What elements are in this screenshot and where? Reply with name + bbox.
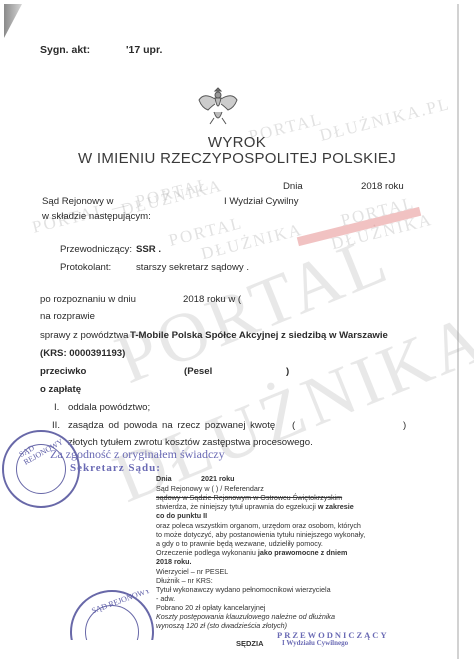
against-label: przeciwko: [40, 366, 86, 377]
clause-line: oraz poleca wszystkim organom, urzędom o…: [156, 521, 361, 530]
court-seal-top: SĄD REJONOWY: [2, 430, 80, 508]
polish-eagle-emblem-icon: [196, 84, 240, 128]
clause-date-label: Dnia: [156, 474, 172, 483]
case-signature: Sygn. akt: '17 upr.: [40, 44, 162, 56]
pesel-label: (Pesel: [184, 366, 212, 377]
recorder-label: Protokolant:: [60, 262, 111, 273]
hearing-year: 2018 roku w (: [183, 294, 241, 305]
composition-label: w składzie następującym:: [42, 211, 151, 222]
recorder-value: starszy sekretarz sądowy .: [136, 262, 249, 273]
pesel-close: ): [286, 366, 289, 377]
court-division: I Wydział Cywilny: [224, 196, 299, 207]
watermark-small: PORTAL: [167, 213, 245, 251]
clause-line: wynoszą 120 zł (sto dwadzieścia złotych): [156, 621, 287, 630]
plaintiff-krs: (KRS: 0000391193): [40, 348, 125, 359]
certification-line: Za zgodność z oryginałem świadczy: [50, 447, 225, 462]
ruling-2-paren-close: ): [403, 420, 406, 431]
clause-line: Orzeczenie podlega wykonaniu jako prawom…: [156, 548, 347, 557]
clause-line: Dłużnik – nr KRS:: [156, 576, 213, 585]
clause-line: 2018 roku.: [156, 557, 192, 566]
presiding-stamp-division: I Wydziału Cywilnego: [282, 639, 348, 647]
clause-line: Sąd Rejonowy w ( ) / Referendarz: [156, 484, 264, 493]
hearing-line2: na rozprawie: [40, 311, 95, 322]
clause-line: a gdy o to prawnie będą wezwane, udzieli…: [156, 539, 323, 548]
court-seal-bottom: SĄD REJONOWY: [70, 590, 154, 670]
document-title: WYROK: [0, 134, 474, 151]
hearing-line: po rozpoznaniu w dniu: [40, 294, 136, 305]
clause-line: Koszty postępowania klauzulowego należne…: [156, 612, 335, 621]
clause-line: - adw.: [156, 594, 175, 603]
clause-line: Pobrano 20 zł opłaty kancelaryjnej: [156, 603, 265, 612]
clause-line: sądowy w Sądzie Rejonowym w Ostrowcu Świ…: [156, 493, 342, 502]
judgment-date-label: Dnia: [283, 181, 303, 192]
ruling-1-number: I.: [54, 402, 59, 413]
watermark-small: DŁUŻNIKA: [199, 220, 305, 265]
clause-line: co do punktu II: [156, 511, 207, 520]
ruling-2-paren-open: (: [292, 420, 295, 431]
case-subject: o zapłatę: [40, 384, 81, 395]
document-subtitle: W IMIENIU RZECZYPOSPOLITEJ POLSKIEJ: [0, 150, 474, 167]
scan-edge-line: [457, 4, 459, 659]
judgment-date-year: 2018 roku: [361, 181, 404, 192]
clause-line: Wierzyciel – nr PESEL: [156, 567, 228, 576]
clause-line: Tytuł wykonawczy wydano pełnomocnikowi w…: [156, 585, 331, 594]
judge-label: SĘDZIA: [236, 639, 264, 648]
case-intro: sprawy z powództwa: [40, 330, 129, 341]
certification-secretary: Sekretarz Sądu:: [70, 462, 161, 474]
ruling-2-text: zasądza od powoda na rzecz pozwanej kwot…: [68, 420, 275, 431]
watermark-red-bar: [297, 207, 421, 246]
court-name: Sąd Rejonowy w: [42, 196, 113, 207]
plaintiff-name: T-Mobile Polska Spółce Akcyjnej z siedzi…: [130, 330, 388, 341]
clause-line: stwierdza, że niniejszy tytuł uprawnia d…: [156, 502, 354, 511]
presiding-value: SSR .: [136, 244, 161, 255]
ruling-1-text: oddala powództwo;: [68, 402, 150, 413]
scan-corner-fold: [4, 4, 22, 38]
clause-line: to może dotyczyć, aby postanowienia tytu…: [156, 530, 365, 539]
clause-date-year: 2021 roku: [201, 474, 235, 483]
presiding-label: Przewodniczący:: [60, 244, 132, 255]
